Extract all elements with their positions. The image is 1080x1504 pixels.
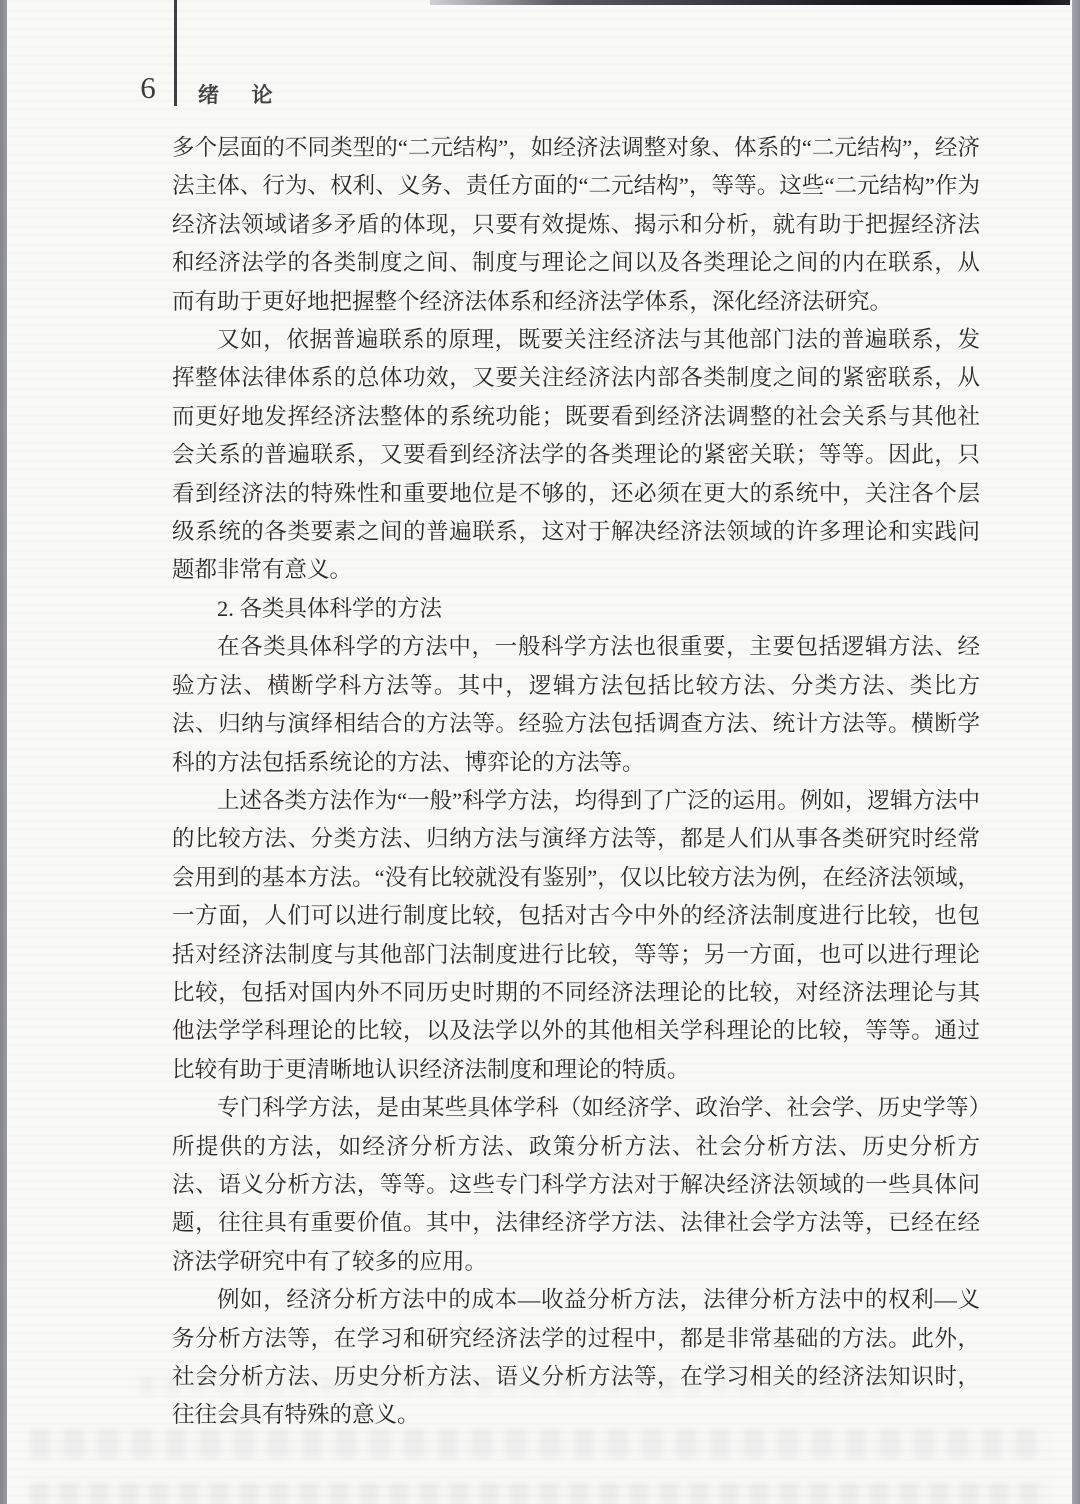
page-number: 6 — [126, 70, 170, 106]
section-heading: 2. 各类具体科学的方法 — [172, 590, 980, 628]
bleed-through-band — [30, 1482, 1050, 1504]
scan-edge-right — [1072, 0, 1080, 1504]
scanned-book-page: 6 绪论 多个层面的不同类型的“二元结构”，如经济法调整对象、体系的“二元结构”… — [0, 0, 1080, 1504]
paragraph: 多个层面的不同类型的“二元结构”，如经济法调整对象、体系的“二元结构”，经济法主… — [172, 129, 980, 321]
running-header-title: 绪论 — [198, 79, 305, 109]
header-divider-rule — [174, 0, 177, 106]
paragraph: 在各类具体科学的方法中，一般科学方法也很重要，主要包括逻辑方法、经验方法、横断学… — [172, 628, 980, 782]
paragraph: 上述各类方法作为“一般”科学方法，均得到了广泛的运用。例如，逻辑方法中的比较方法… — [172, 782, 980, 1089]
body-text: 多个层面的不同类型的“二元结构”，如经济法调整对象、体系的“二元结构”，经济法主… — [172, 129, 980, 1435]
paragraph: 专门科学方法，是由某些具体学科（如经济学、政治学、社会学、历史学等）所提供的方法… — [172, 1089, 980, 1281]
scan-top-shadow-bar — [430, 0, 1070, 5]
paragraph: 例如，经济分析方法中的成本—收益分析方法，法律分析方法中的权利—义务分析方法等，… — [172, 1281, 980, 1435]
scan-edge-left — [0, 0, 7, 1504]
paragraph: 又如，依据普遍联系的原理，既要关注经济法与其他部门法的普遍联系，发挥整体法律体系… — [172, 321, 980, 590]
